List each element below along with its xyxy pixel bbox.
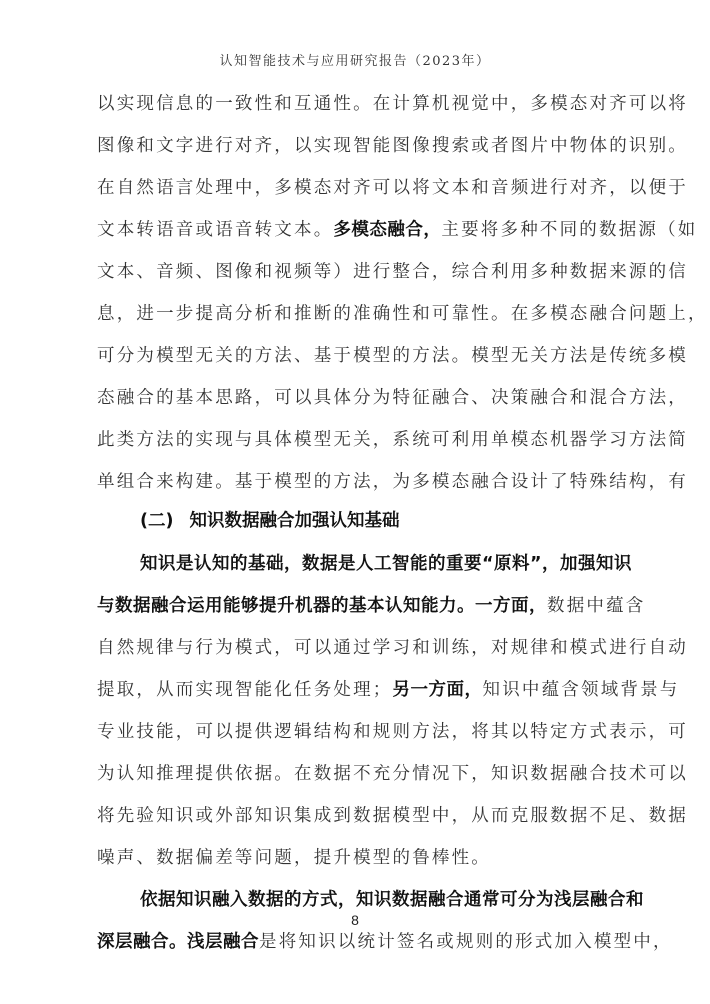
body-line: 与数据融合运用能够提升机器的基本认知能力。一方面，数据中蕴含 — [97, 594, 613, 618]
bold-term: 另一方面， — [393, 680, 483, 700]
body-line: 专业技能，可以提供逻辑结构和规则方法，将其以特定方式表示，可 — [97, 720, 613, 744]
bold-term: 深层融合。浅层融合 — [97, 932, 259, 952]
body-line: 息，进一步提高分析和推断的准确性和可靠性。在多模态融合问题上， — [97, 302, 613, 326]
text-run: 是将知识以统计签名或规则的形式加入模型中， — [259, 932, 673, 952]
body-line: 在自然语言处理中，多模态对齐可以将文本和音频进行对齐，以便于 — [97, 176, 613, 200]
body-line: 为认知推理提供依据。在数据不充分情况下，知识数据融合技术可以 — [97, 762, 613, 786]
text-run: 文本转语音或语音转文本。 — [97, 220, 333, 240]
body-line: 文本转语音或语音转文本。多模态融合，主要将多种不同的数据源（如 — [97, 218, 613, 242]
text-run: 提取，从而实现智能化任务处理； — [97, 680, 393, 700]
body-line-bold: 知识是认知的基础，数据是人工智能的重要“原料”，加强知识 — [140, 552, 613, 576]
body-line: 深层融合。浅层融合是将知识以统计签名或规则的形式加入模型中， — [97, 930, 613, 954]
body-line-bold: 依据知识融入数据的方式，知识数据融合通常可分为浅层融合和 — [140, 888, 613, 912]
body-line: 自然规律与行为模式，可以通过学习和训练，对规律和模式进行自动 — [97, 636, 613, 660]
text-run: 知识中蕴含领域背景与 — [483, 680, 680, 700]
page-number: 8 — [0, 912, 710, 928]
section-heading: (二)知识数据融合加强认知基础 — [140, 509, 400, 533]
text-run: 主要将多种不同的数据源（如 — [441, 220, 697, 240]
body-line: 单组合来构建。基于模型的方法，为多模态融合设计了特殊结构，有 — [97, 470, 613, 494]
body-line: 此类方法的实现与具体模型无关，系统可利用单模态机器学习方法简 — [97, 428, 613, 452]
bold-run: 与数据融合运用能够提升机器的基本认知能力。一方面， — [97, 596, 547, 616]
body-line: 提取，从而实现智能化任务处理；另一方面，知识中蕴含领域背景与 — [97, 678, 613, 702]
body-line: 图像和文字进行对齐，以实现智能图像搜索或者图片中物体的识别。 — [97, 134, 613, 158]
section-title: 知识数据融合加强认知基础 — [190, 511, 400, 531]
running-header: 认知智能技术与应用研究报告（2023年） — [0, 50, 710, 69]
body-line: 以实现信息的一致性和互通性。在计算机视觉中，多模态对齐可以将 — [97, 92, 613, 116]
body-line: 可分为模型无关的方法、基于模型的方法。模型无关方法是传统多模 — [97, 344, 613, 368]
text-run: 数据中蕴含 — [547, 596, 646, 616]
body-line: 噪声、数据偏差等问题，提升模型的鲁棒性。 — [97, 846, 613, 870]
bold-term: 多模态融合， — [333, 220, 441, 240]
section-number: (二) — [140, 511, 174, 531]
body-line: 态融合的基本思路，可以具体分为特征融合、决策融合和混合方法， — [97, 386, 613, 410]
body-line: 文本、音频、图像和视频等）进行整合，综合利用多种数据来源的信 — [97, 260, 613, 284]
body-line: 将先验知识或外部知识集成到数据模型中，从而克服数据不足、数据 — [97, 804, 613, 828]
